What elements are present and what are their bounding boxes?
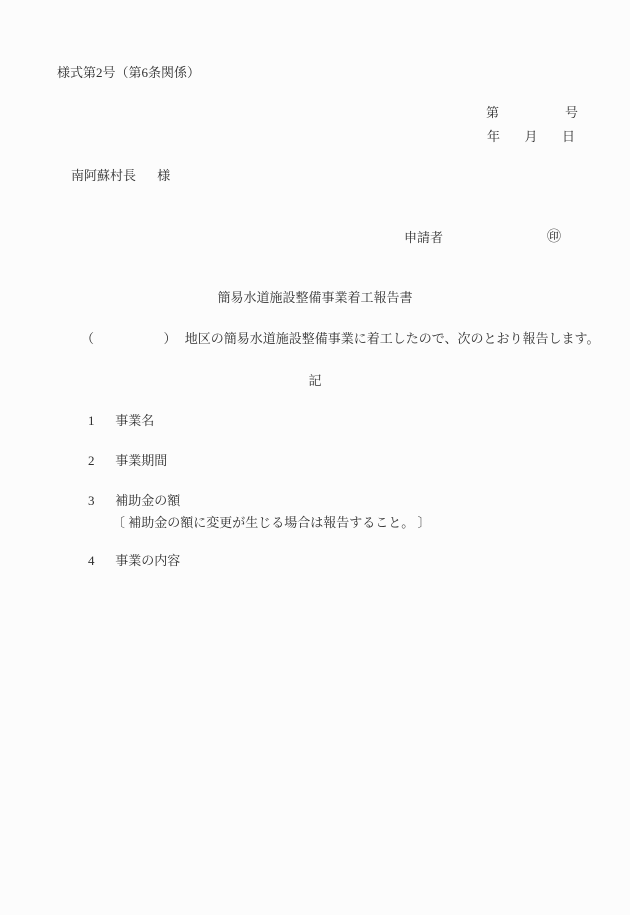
close-paren: ）: [164, 331, 177, 346]
addressee-line: 南阿蘇村長 様: [71, 169, 170, 183]
document-number-line: 第 号: [486, 106, 578, 120]
item-number: 4: [88, 554, 112, 568]
item-label: 補助金の額: [115, 493, 180, 508]
form-number: 様式第2号（第6条関係）: [57, 66, 200, 80]
addressee-honorific: 様: [157, 168, 170, 183]
subsidy-note: 〔 補助金の額に変更が生じる場合は報告すること。 〕: [112, 516, 431, 530]
applicant-line: 申請者 ㊞: [404, 231, 561, 245]
date-day-label: 日: [562, 130, 575, 144]
item-label: 事業の内容: [115, 553, 180, 568]
list-item-project-content: 4 事業の内容: [88, 554, 180, 568]
list-item-subsidy-amount: 3 補助金の額: [88, 494, 180, 508]
date-line: 年 月 日: [487, 130, 575, 144]
date-year-label: 年: [487, 130, 500, 144]
date-month-label: 月: [524, 130, 537, 144]
document-page: 様式第2号（第6条関係） 第 号 年 月 日 南阿蘇村長 様 申請者 ㊞ 簡易水…: [0, 0, 630, 915]
body-sentence: （ ） 地区の簡易水道施設整備事業に着工したので、次のとおり報告します。: [81, 332, 599, 346]
list-item-project-period: 2 事業期間: [88, 454, 167, 468]
item-label: 事業名: [115, 413, 154, 428]
list-item-project-name: 1 事業名: [88, 414, 154, 428]
item-label: 事業期間: [115, 453, 167, 468]
document-title: 簡易水道施設整備事業着工報告書: [0, 291, 630, 305]
addressee-name: 南阿蘇村長: [71, 168, 136, 183]
open-paren: （: [81, 331, 94, 346]
item-number: 3: [88, 494, 112, 508]
item-number: 2: [88, 454, 112, 468]
doc-number-suffix: 号: [565, 106, 578, 120]
body-text: 地区の簡易水道施設整備事業に着工したので、次のとおり報告します。: [185, 331, 600, 346]
item-number: 1: [88, 414, 112, 428]
seal-mark-icon: ㊞: [547, 231, 561, 245]
record-heading: 記: [0, 374, 630, 388]
applicant-label: 申請者: [404, 231, 443, 245]
doc-number-prefix: 第: [486, 106, 499, 120]
